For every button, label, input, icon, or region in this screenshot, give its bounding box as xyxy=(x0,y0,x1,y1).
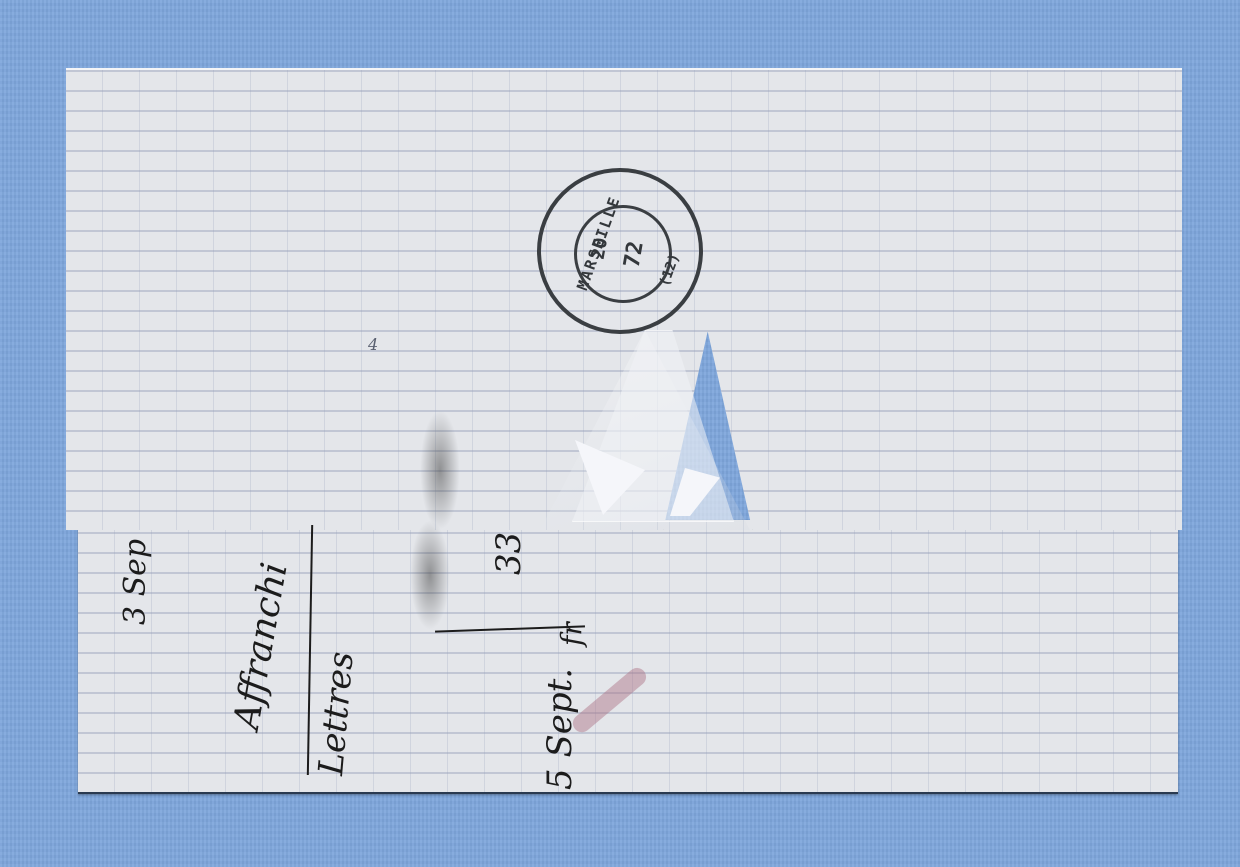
postmark-year: 72 xyxy=(620,239,649,269)
manuscript-number: 33 xyxy=(489,532,529,575)
ink-smudge xyxy=(420,410,460,530)
pencil-mark: 4 xyxy=(368,335,378,354)
ink-smudge xyxy=(410,520,450,630)
postmark-day: 20 xyxy=(588,236,612,261)
manuscript-date-left: 3 Sep xyxy=(118,539,153,625)
marseille-postmark: MARSEILLE 20 72 (12) xyxy=(537,168,703,334)
